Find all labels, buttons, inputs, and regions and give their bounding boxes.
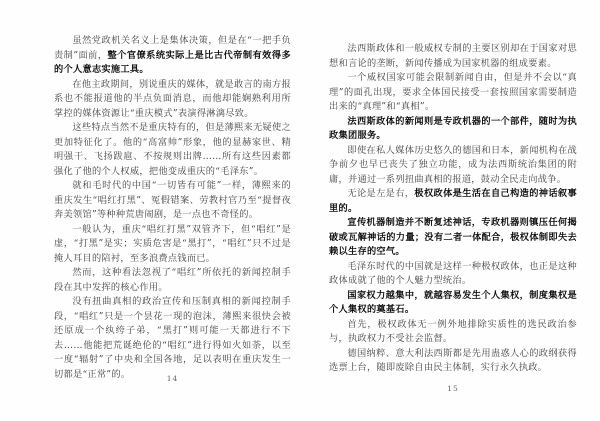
page-left-text: 虽然党政机关名义上是集体决策，但是在“一把手负责制”面前，整个官僚系统实际上是比…: [54, 34, 291, 382]
paragraph: 没有扭曲真相的政治宣传和压制真相的新闻控制手段，“唱红”只是一个昙花一现的泡沫，…: [54, 295, 291, 382]
paragraph: 这些特点当然不是重庆特有的，但是薄熙来无疑使之更加特征化了。他的“高富帅”形象，…: [54, 121, 291, 179]
text-run: 然而，这种看法忽视了“唱红”所依托的新闻控制手段在其中发挥的核心作用。: [54, 267, 291, 293]
page-right-text: 法西斯政体和一般威权专制的主要区别却在于国家对思想和言论的垄断，新闻传播成为国家…: [329, 42, 577, 376]
text-run: 无论是左是右，: [347, 188, 414, 199]
paragraph: 法西斯政体和一般威权专制的主要区别却在于国家对思想和言论的垄断，新闻传播成为国家…: [329, 42, 577, 71]
text-run: 毛泽东时代的中国就是这样一种极权政体，也正是这种政体成就了他的个人魅力型统治。: [329, 261, 577, 287]
text-run: 一般认为，重庆“唱红打黑”双管齐下，但“唱红”是虚，“打黑”是实；实质危害是“黑…: [54, 224, 291, 264]
paragraph: 德国纳粹、意大利法西斯都是先用蛊惑人心的政纲获得选票上台，随即废除自由民主体制，…: [329, 347, 577, 376]
bold-text-run: 法西斯政体的新闻则是专政机器的一个部件，随时为执政集团服务。: [329, 116, 577, 142]
book-spread: 虽然党政机关名义上是集体决策，但是在“一把手负责制”面前，整个官僚系统实际上是比…: [0, 0, 600, 421]
paragraph: 毛泽东时代的中国就是这样一种极权政体，也正是这种政体成就了他的个人魅力型统治。: [329, 260, 577, 289]
paragraph: 无论是左是右，极权政体是生活在自己构造的神话叙事里的。: [329, 187, 577, 216]
paragraph: 一般认为，重庆“唱红打黑”双管齐下，但“唱红”是虚，“打黑”是实；实质危害是“黑…: [54, 223, 291, 267]
paragraph: 首先，极权政体无一例外地排除实质性的选民政治参与，执政权力不受社会监督。: [329, 318, 577, 347]
text-run: 德国纳粹、意大利法西斯都是先用蛊惑人心的政纲获得选票上台，随即废除自由民主体制，…: [329, 348, 577, 374]
paragraph: 法西斯政体的新闻则是专政机器的一个部件，随时为执政集团服务。: [329, 115, 577, 144]
text-run: 即使在私人媒体历史悠久的德国和日本，新闻机构在战争前夕也早已丧失了独立功能，成为…: [329, 145, 577, 185]
text-run: 就和毛时代的中国“一切皆有可能”一样，薄熙来的重庆发生“唱红打黑”、冤假错案、劳…: [54, 180, 291, 220]
paragraph: 宣传机器制造并不断复述神话，专政机器则镇压任何揭破或瓦解神话的力量；没有二者一体…: [329, 216, 577, 260]
text-run: 法西斯政体和一般威权专制的主要区别却在于国家对思想和言论的垄断，新闻传播成为国家…: [329, 43, 577, 69]
text-run: 一个威权国家可能会限制新闻自由，但是并不会以“真理”的面孔出现，要求全体国民接受…: [329, 72, 577, 112]
bold-text-run: 国家权力越集中，就越容易发生个人集权，制度集权是个人集权的奠基石。: [329, 290, 577, 316]
page-number-right: 15: [329, 384, 577, 393]
paragraph: 然而，这种看法忽视了“唱红”所依托的新闻控制手段在其中发挥的核心作用。: [54, 266, 291, 295]
text-run: 在他主政期间，别说重庆的媒体，就是敢言的南方报系也不能报道他的半点负面消息，而他…: [54, 79, 291, 119]
page-number-left: 14: [54, 374, 291, 383]
paragraph: 在他主政期间，别说重庆的媒体，就是敢言的南方报系也不能报道他的半点负面消息，而他…: [54, 78, 291, 122]
text-run: 首先，极权政体无一例外地排除实质性的选民政治参与，执政权力不受社会监督。: [329, 319, 577, 345]
bold-text-run: 宣传机器制造并不断复述神话，专政机器则镇压任何揭破或瓦解神话的力量；没有二者一体…: [329, 217, 577, 257]
paragraph: 国家权力越集中，就越容易发生个人集权，制度集权是个人集权的奠基石。: [329, 289, 577, 318]
paragraph: 虽然党政机关名义上是集体决策，但是在“一把手负责制”面前，整个官僚系统实际上是比…: [54, 34, 291, 78]
paragraph: 就和毛时代的中国“一切皆有可能”一样，薄熙来的重庆发生“唱红打黑”、冤假错案、劳…: [54, 179, 291, 223]
text-run: 这些特点当然不是重庆特有的，但是薄熙来无疑使之更加特征化了。他的“高富帅”形象，…: [54, 122, 291, 177]
text-run: 没有扭曲真相的政治宣传和压制真相的新闻控制手段，“唱红”只是一个昙花一现的泡沫，…: [54, 296, 291, 380]
paragraph: 即使在私人媒体历史悠久的德国和日本，新闻机构在战争前夕也早已丧失了独立功能，成为…: [329, 144, 577, 188]
paragraph: 一个威权国家可能会限制新闻自由，但是并不会以“真理”的面孔出现，要求全体国民接受…: [329, 71, 577, 115]
